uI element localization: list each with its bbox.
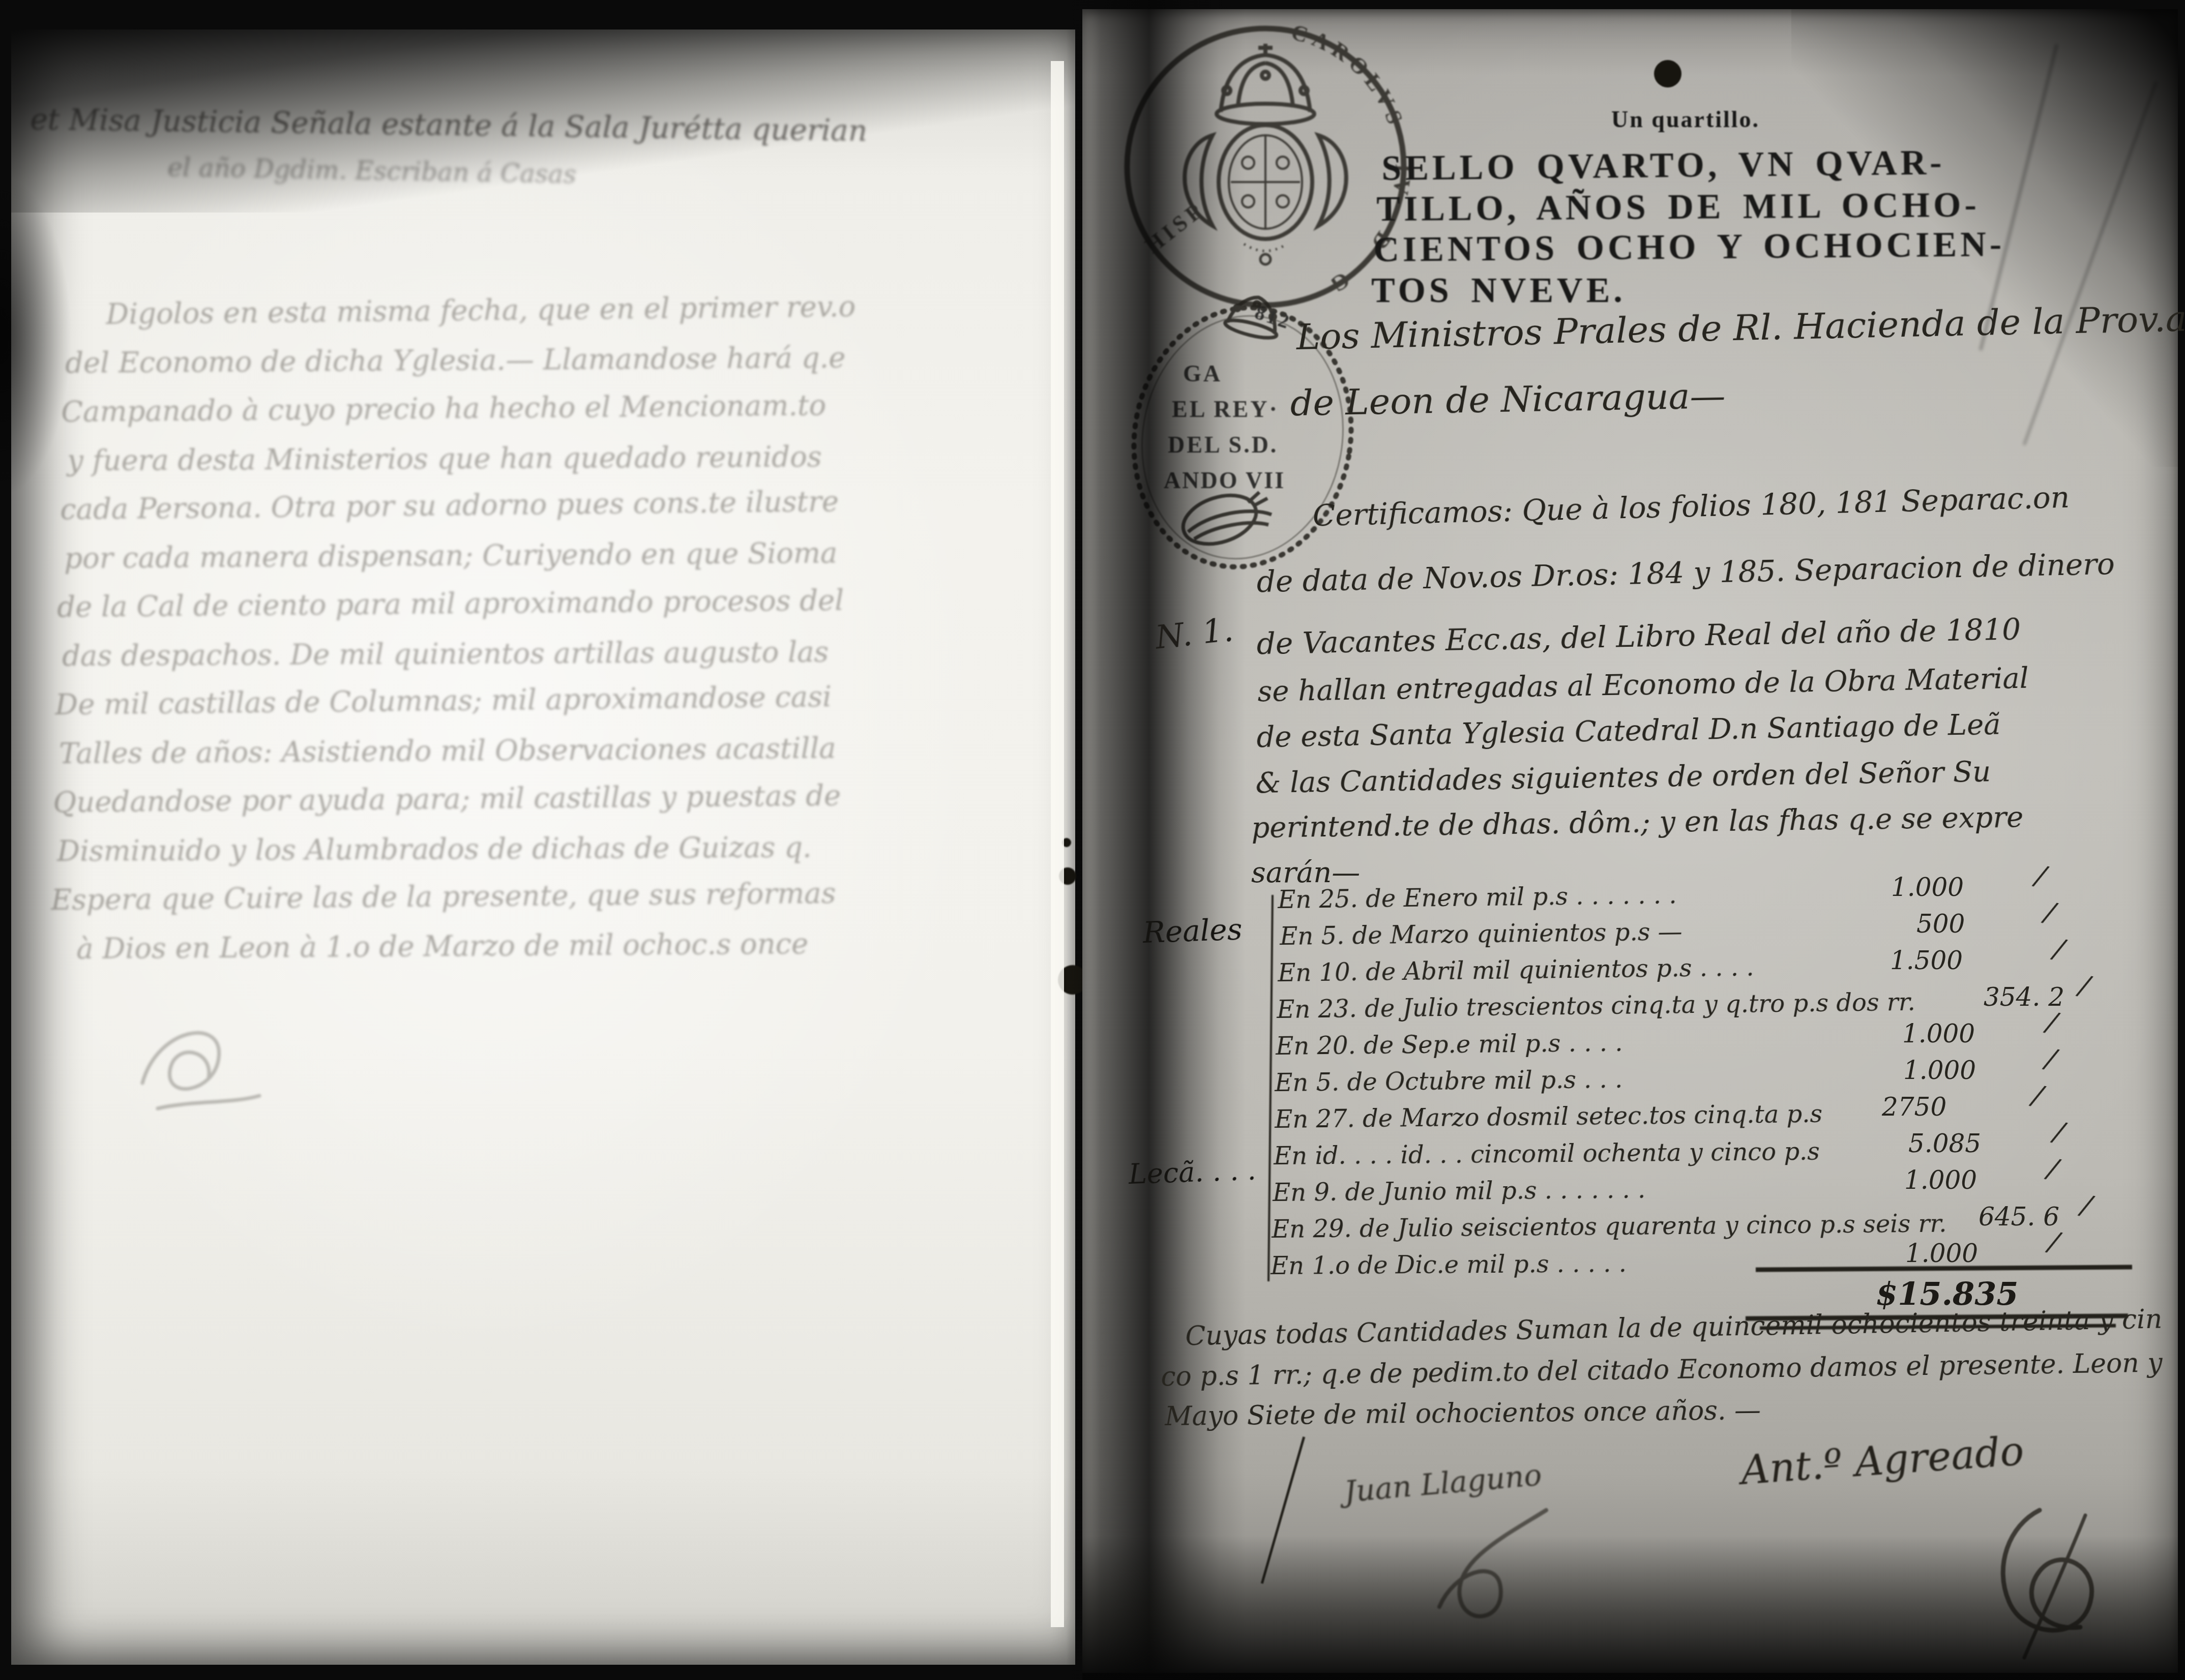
list-row: En 5. de Octubre mil p.s . . . — [1275, 1065, 1623, 1097]
left-page-edge-highlight — [1051, 61, 1064, 1627]
left-page-faint-line: por cada manera dispensan; Curiyendo en … — [64, 536, 838, 575]
left-page-faint-line: Espera que Cuire las de la presente, que… — [51, 877, 836, 917]
list-row: En 25. de Enero mil p.s . . . . . . . — [1278, 881, 1677, 914]
left-page-faint-line: y fuera desta Ministerios que han quedad… — [67, 440, 822, 477]
entry-label: En 10. de Abril mil quinientos p.s . . .… — [1278, 953, 1754, 987]
left-page-faint-line: Campanado à cuyo precio ha hecho el Menc… — [61, 389, 826, 429]
seal-text-line: TILLO, AÑOS DE MIL OCHO- — [1376, 185, 1980, 230]
body-line: sarán— — [1251, 856, 1360, 889]
document-photo: { "photo": { "background": "#0a0a0a", "p… — [0, 0, 2185, 1680]
entry-label: En 20. de Sep.e mil p.s . . . . — [1276, 1029, 1623, 1061]
entry-label: En 27. de Marzo dosmil setec.tos cinq.ta… — [1275, 1100, 1822, 1134]
list-row: En 29. de Julio seiscientos quarenta y c… — [1272, 1209, 1947, 1244]
entry-label: En 5. de Octubre mil p.s . . . — [1275, 1065, 1623, 1097]
list-row: En 20. de Sep.e mil p.s . . . . — [1276, 1029, 1623, 1061]
entry-label: En 5. de Marzo quinientos p.s — — [1280, 917, 1682, 951]
list-row: En 1.o de Dic.e mil p.s . . . . . — [1271, 1249, 1627, 1280]
seal-text-line: CIENTOS OCHO Y OCHOCIEN- — [1373, 224, 2005, 271]
margin-note-leca: Lecã. . . . — [1128, 1154, 1256, 1190]
entry-label: En 25. de Enero mil p.s . . . . . . . — [1278, 881, 1677, 914]
entry-amount: 500 — [1916, 909, 1965, 939]
entry-label: En 29. de Julio seiscientos quarenta y c… — [1272, 1209, 1947, 1244]
heading-line: de Leon de Nicaragua— — [1290, 375, 1726, 424]
entry-amount: 2750 — [1882, 1092, 1946, 1122]
list-row: En 10. de Abril mil quinientos p.s . . .… — [1278, 953, 1754, 987]
left-page-faint-line: de la Cal de ciento para mil aproximando… — [57, 584, 844, 624]
entry-amount: 1.000 — [1902, 1019, 1975, 1048]
left-page-faint-line: Disminuido y los Alumbrados de dichas de… — [57, 831, 812, 868]
list-row: En id. . . . id. . . cincomil ochenta y … — [1274, 1137, 1820, 1171]
entry-label: En 1.o de Dic.e mil p.s . . . . . — [1271, 1249, 1627, 1280]
left-page-faint-line: del Economo de dicha Yglesia.— Llamandos… — [65, 341, 846, 380]
seal-text-line: TOS NVEVE. — [1371, 271, 1626, 311]
entry-amount: 5.085 — [1908, 1129, 1981, 1158]
entry-amount: 1.500 — [1890, 946, 1963, 975]
left-page-flourish-graphic — [127, 1007, 290, 1129]
margin-note-reales: Reales — [1142, 912, 1243, 950]
entry-amount: 1.000 — [1905, 1239, 1978, 1268]
entry-amount: 1.000 — [1904, 1165, 1977, 1195]
entry-amount: 645. 6 — [1979, 1202, 2059, 1232]
entry-label: En 9. de Junio mil p.s . . . . . . . — [1273, 1176, 1645, 1207]
ink-dot — [1654, 60, 1681, 87]
list-row: En 5. de Marzo quinientos p.s — — [1280, 917, 1682, 951]
entry-amount: 1.000 — [1891, 873, 1964, 902]
right-page-bottom-shadow — [1082, 1536, 2185, 1680]
entry-amount: 1.000 — [1903, 1056, 1976, 1085]
left-page-faint-line: Talles de años: Asistiendo mil Observaci… — [59, 732, 836, 770]
list-row: En 27. de Marzo dosmil setec.tos cinq.ta… — [1275, 1100, 1822, 1134]
entry-label: En id. . . . id. . . cincomil ochenta y … — [1274, 1137, 1820, 1171]
closing-line: Mayo Siete de mil ochocientos once años.… — [1165, 1395, 1761, 1432]
seal-denomination-label: Un quartillo. — [1611, 106, 1760, 133]
list-row: En 9. de Junio mil p.s . . . . . . . — [1273, 1176, 1645, 1207]
left-page-faint-line: à Dios en Leon à 1.o de Marzo de mil och… — [76, 927, 808, 966]
left-page-faint-line: Quedandose por ayuda para; mil castillas… — [53, 779, 841, 819]
seal-text-line: SELLO QVARTO, VN QVAR- — [1381, 142, 1945, 189]
left-page-faint-line: das despachos. De mil quinientos artilla… — [62, 636, 829, 673]
